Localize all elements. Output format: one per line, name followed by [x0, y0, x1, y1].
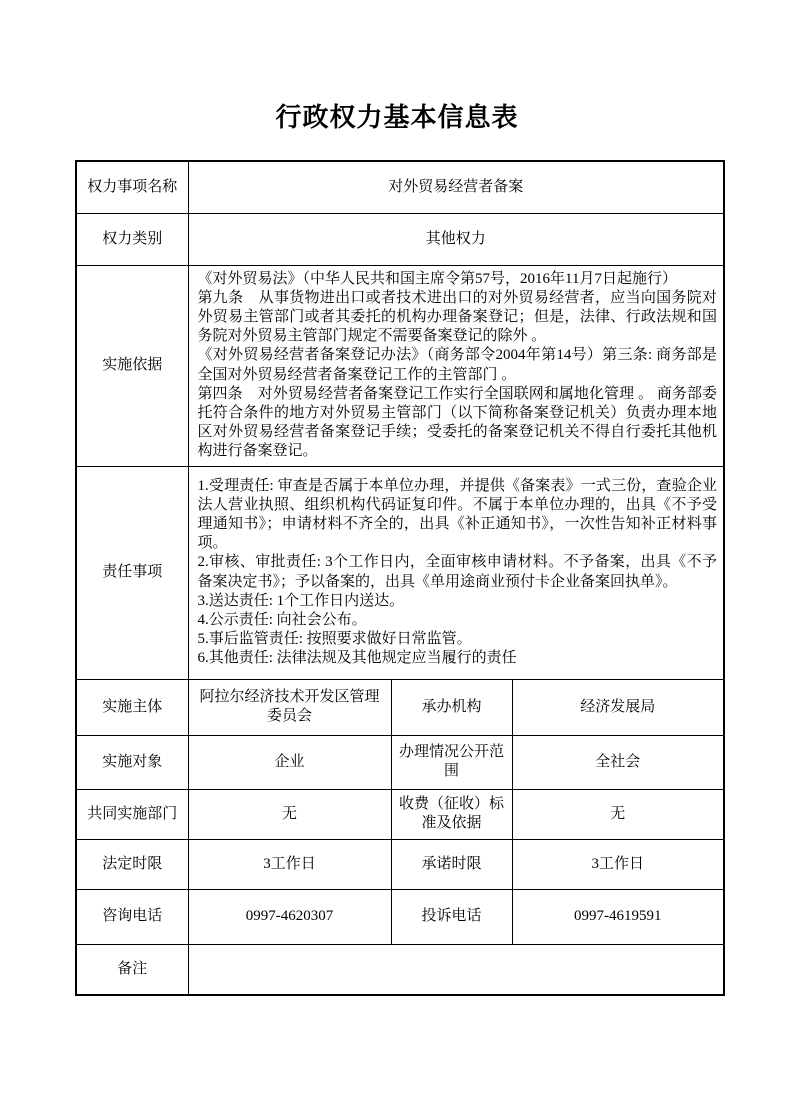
row-duties: 责任事项 1.受理责任: 审查是否属于本单位办理，并提供《备案表》一式三份，查验… [76, 466, 724, 679]
legal-time-label: 法定时限 [76, 839, 188, 889]
co-department-label: 共同实施部门 [76, 789, 188, 839]
row-remarks: 备注 [76, 944, 724, 995]
category-value: 其他权力 [188, 213, 724, 265]
remarks-label: 备注 [76, 944, 188, 995]
public-scope-value: 全社会 [512, 735, 724, 789]
category-label: 权力类别 [76, 213, 188, 265]
row-target: 实施对象 企业 办理情况公开范围 全社会 [76, 735, 724, 789]
inquiry-phone-label: 咨询电话 [76, 889, 188, 944]
duties-label: 责任事项 [76, 466, 188, 679]
target-label: 实施对象 [76, 735, 188, 789]
duties-value: 1.受理责任: 审查是否属于本单位办理，并提供《备案表》一式三份，查验企业法人营… [188, 466, 724, 679]
row-co-department: 共同实施部门 无 收费（征收）标准及依据 无 [76, 789, 724, 839]
fee-standard-value: 无 [512, 789, 724, 839]
power-info-table: 权力事项名称 对外贸易经营者备案 权力类别 其他权力 实施依据 《对外贸易法》（… [75, 160, 725, 996]
row-phone: 咨询电话 0997-4620307 投诉电话 0997-4619591 [76, 889, 724, 944]
inquiry-phone-value: 0997-4620307 [188, 889, 391, 944]
row-time-limit: 法定时限 3工作日 承诺时限 3工作日 [76, 839, 724, 889]
legal-time-value: 3工作日 [188, 839, 391, 889]
implementer-value: 阿拉尔经济技术开发区管理委员会 [188, 679, 391, 735]
undertaking-org-value: 经济发展局 [512, 679, 724, 735]
fee-standard-label: 收费（征收）标准及依据 [391, 789, 512, 839]
public-scope-label: 办理情况公开范围 [391, 735, 512, 789]
remarks-value [188, 944, 724, 995]
complaint-phone-label: 投诉电话 [391, 889, 512, 944]
document-page: 行政权力基本信息表 权力事项名称 对外贸易经营者备案 权力类别 其他权力 实施依… [0, 0, 794, 1108]
complaint-phone-value: 0997-4619591 [512, 889, 724, 944]
promised-time-value: 3工作日 [512, 839, 724, 889]
item-name-label: 权力事项名称 [76, 161, 188, 213]
row-implementer: 实施主体 阿拉尔经济技术开发区管理委员会 承办机构 经济发展局 [76, 679, 724, 735]
row-basis: 实施依据 《对外贸易法》（中华人民共和国主席令第57号，2016年11月7日起施… [76, 265, 724, 466]
basis-label: 实施依据 [76, 265, 188, 466]
item-name-value: 对外贸易经营者备案 [188, 161, 724, 213]
row-category: 权力类别 其他权力 [76, 213, 724, 265]
co-department-value: 无 [188, 789, 391, 839]
promised-time-label: 承诺时限 [391, 839, 512, 889]
row-item-name: 权力事项名称 对外贸易经营者备案 [76, 161, 724, 213]
undertaking-org-label: 承办机构 [391, 679, 512, 735]
basis-value: 《对外贸易法》（中华人民共和国主席令第57号，2016年11月7日起施行） 第九… [188, 265, 724, 466]
target-value: 企业 [188, 735, 391, 789]
document-title: 行政权力基本信息表 [0, 101, 794, 135]
implementer-label: 实施主体 [76, 679, 188, 735]
